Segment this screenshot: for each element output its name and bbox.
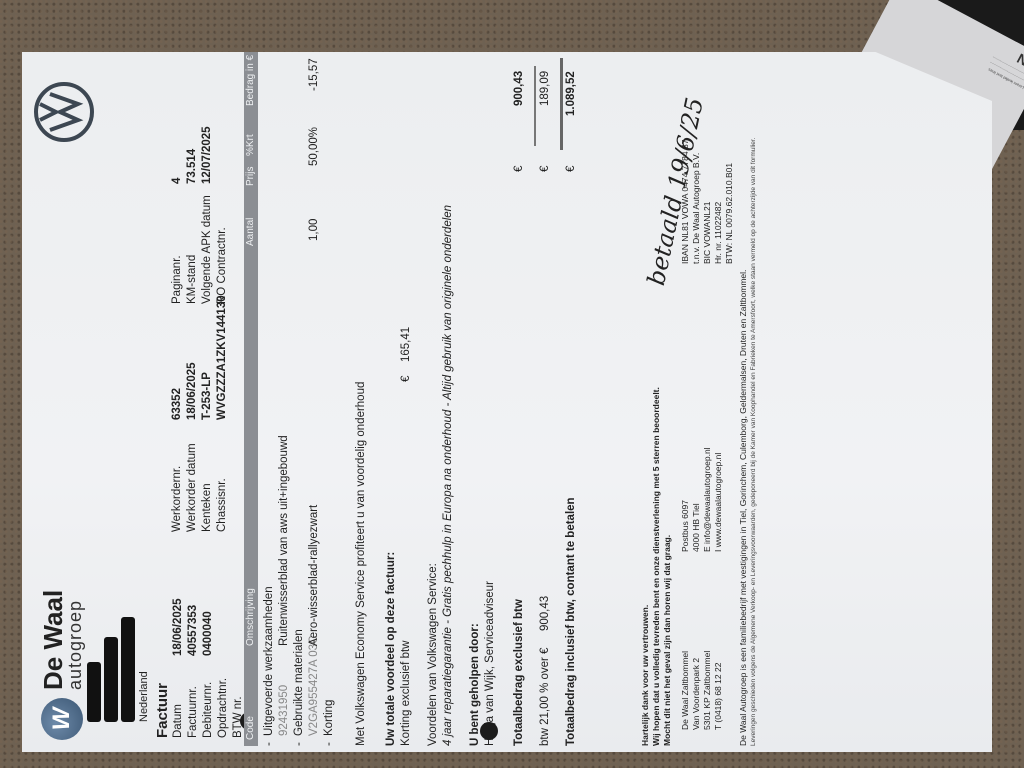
footer-address: De Waal Zaltbommel Van Voordenpark 2 530… [680,651,724,730]
redacted-line [104,637,118,722]
footer-family: De Waal Autogroep is een familiebedrijf … [738,270,749,746]
col-description: Omschrijving [244,588,258,646]
table-row: - Gebruikte materialen [292,50,307,746]
table-row: - Uitgevoerde werkzaamheden [262,50,277,746]
footer-thanks: Hartelijk dank voor uw vertrouwen. Wij h… [640,387,673,746]
brand-block: W De Waal autogroep [40,590,84,740]
benefits-block: Voordelen van Volkswagen Service: 4 jaar… [426,205,456,746]
footer-bank: IBAN NL81 VOWA 0474 7784 87 t.n.v. De Wa… [680,140,735,264]
total-rule [560,58,563,150]
field-row: Werkorder datum18/06/2025 [185,295,200,532]
brand-name: De Waal [40,590,66,690]
col-price: Prijs [244,167,258,186]
field-row: Datum18/06/2025 [171,598,186,738]
economy-service-note: Met Volkswagen Economy Service profiteer… [354,382,369,746]
field-row: Paginanr.4 [170,126,185,304]
invoice-right-fields: Paginanr.4 KM-stand73.514 Volgende APK d… [170,126,230,304]
redacted-line [121,617,135,722]
advantage-block: Uw totale voordeel op deze factuur: Kort… [384,56,414,746]
invoice-paper: W De Waal autogroep Nederland Factuur Da… [22,52,992,752]
col-code: Code [244,716,258,740]
advantage-title: Uw totale voordeel op deze factuur: [384,56,399,746]
field-row: RO Contractnr. [215,126,230,304]
invoice-title: Factuur [154,598,171,738]
field-row: Volgende APK datum12/07/2025 [200,126,215,304]
field-row: Chassisnr.WVGZZZA1ZKV144130 [215,295,230,532]
total-incl-row: Totaalbedrag inclusief btw, contant te b… [564,56,584,746]
footer-postal: Postbus 6097 4000 HB Tiel E info@dewaala… [680,447,724,552]
table-row: 92431950 Ruitenwisserblad van aws uit+in… [277,50,292,746]
table-body: - Uitgevoerde werkzaamheden 92431950 Rui… [262,50,337,746]
totals-block: Totaalbedrag exclusief btw € 900,43 btw … [512,56,584,746]
benefits-text: 4 jaar reparatiegarantie - Gratis pechhu… [441,205,456,746]
punch-hole [480,722,498,740]
footer-legal: Leveringen geschieden volgens de Algemen… [750,138,757,747]
field-row: KentekenT-253-LP [200,295,215,532]
customer-address: Nederland [84,582,150,722]
col-qty: Aantal [244,218,258,246]
table-row: - Korting [322,50,337,746]
helped-by-title: U bent geholpen door: [468,581,483,746]
vat-row: btw 21,00 % over € 900,43 € 189,09 [538,56,564,746]
col-amount: Bedrag in € [244,55,258,106]
address-country: Nederland [138,582,150,722]
invoice-left-fields: Factuur Datum18/06/2025 Factuurnr.405573… [154,598,246,738]
col-discount: %Krt [244,134,258,156]
advantage-row: Korting exclusief btw € 165,41 [399,56,414,746]
field-row: Werkordernr.63352 [170,295,185,532]
invoice-middle-fields: Werkordernr.63352 Werkorder datum18/06/2… [170,295,230,532]
helped-by-block: U bent geholpen door: Henja van Wijk, Se… [468,581,498,746]
brand-subname: autogroep [66,590,84,690]
field-row: Debiteurnr.0400040 [201,598,216,738]
field-row: KM-stand73.514 [185,126,200,304]
field-row: Factuurnr.40557353 [186,598,201,738]
benefits-title: Voordelen van Volkswagen Service: [426,205,441,746]
table-header: Code Omschrijving Aantal Prijs %Krt Bedr… [244,50,258,746]
table-row: V2GA955427A 03C Aero-wisserblad-rallyezw… [307,50,322,746]
subtotal-rule [534,66,536,146]
redacted-line [87,662,101,722]
field-row: Opdrachtnr. [216,598,231,738]
total-excl-row: Totaalbedrag exclusief btw € 900,43 [512,56,538,746]
de-waal-logo-icon: W [41,698,83,740]
volkswagen-logo-icon [32,80,96,144]
